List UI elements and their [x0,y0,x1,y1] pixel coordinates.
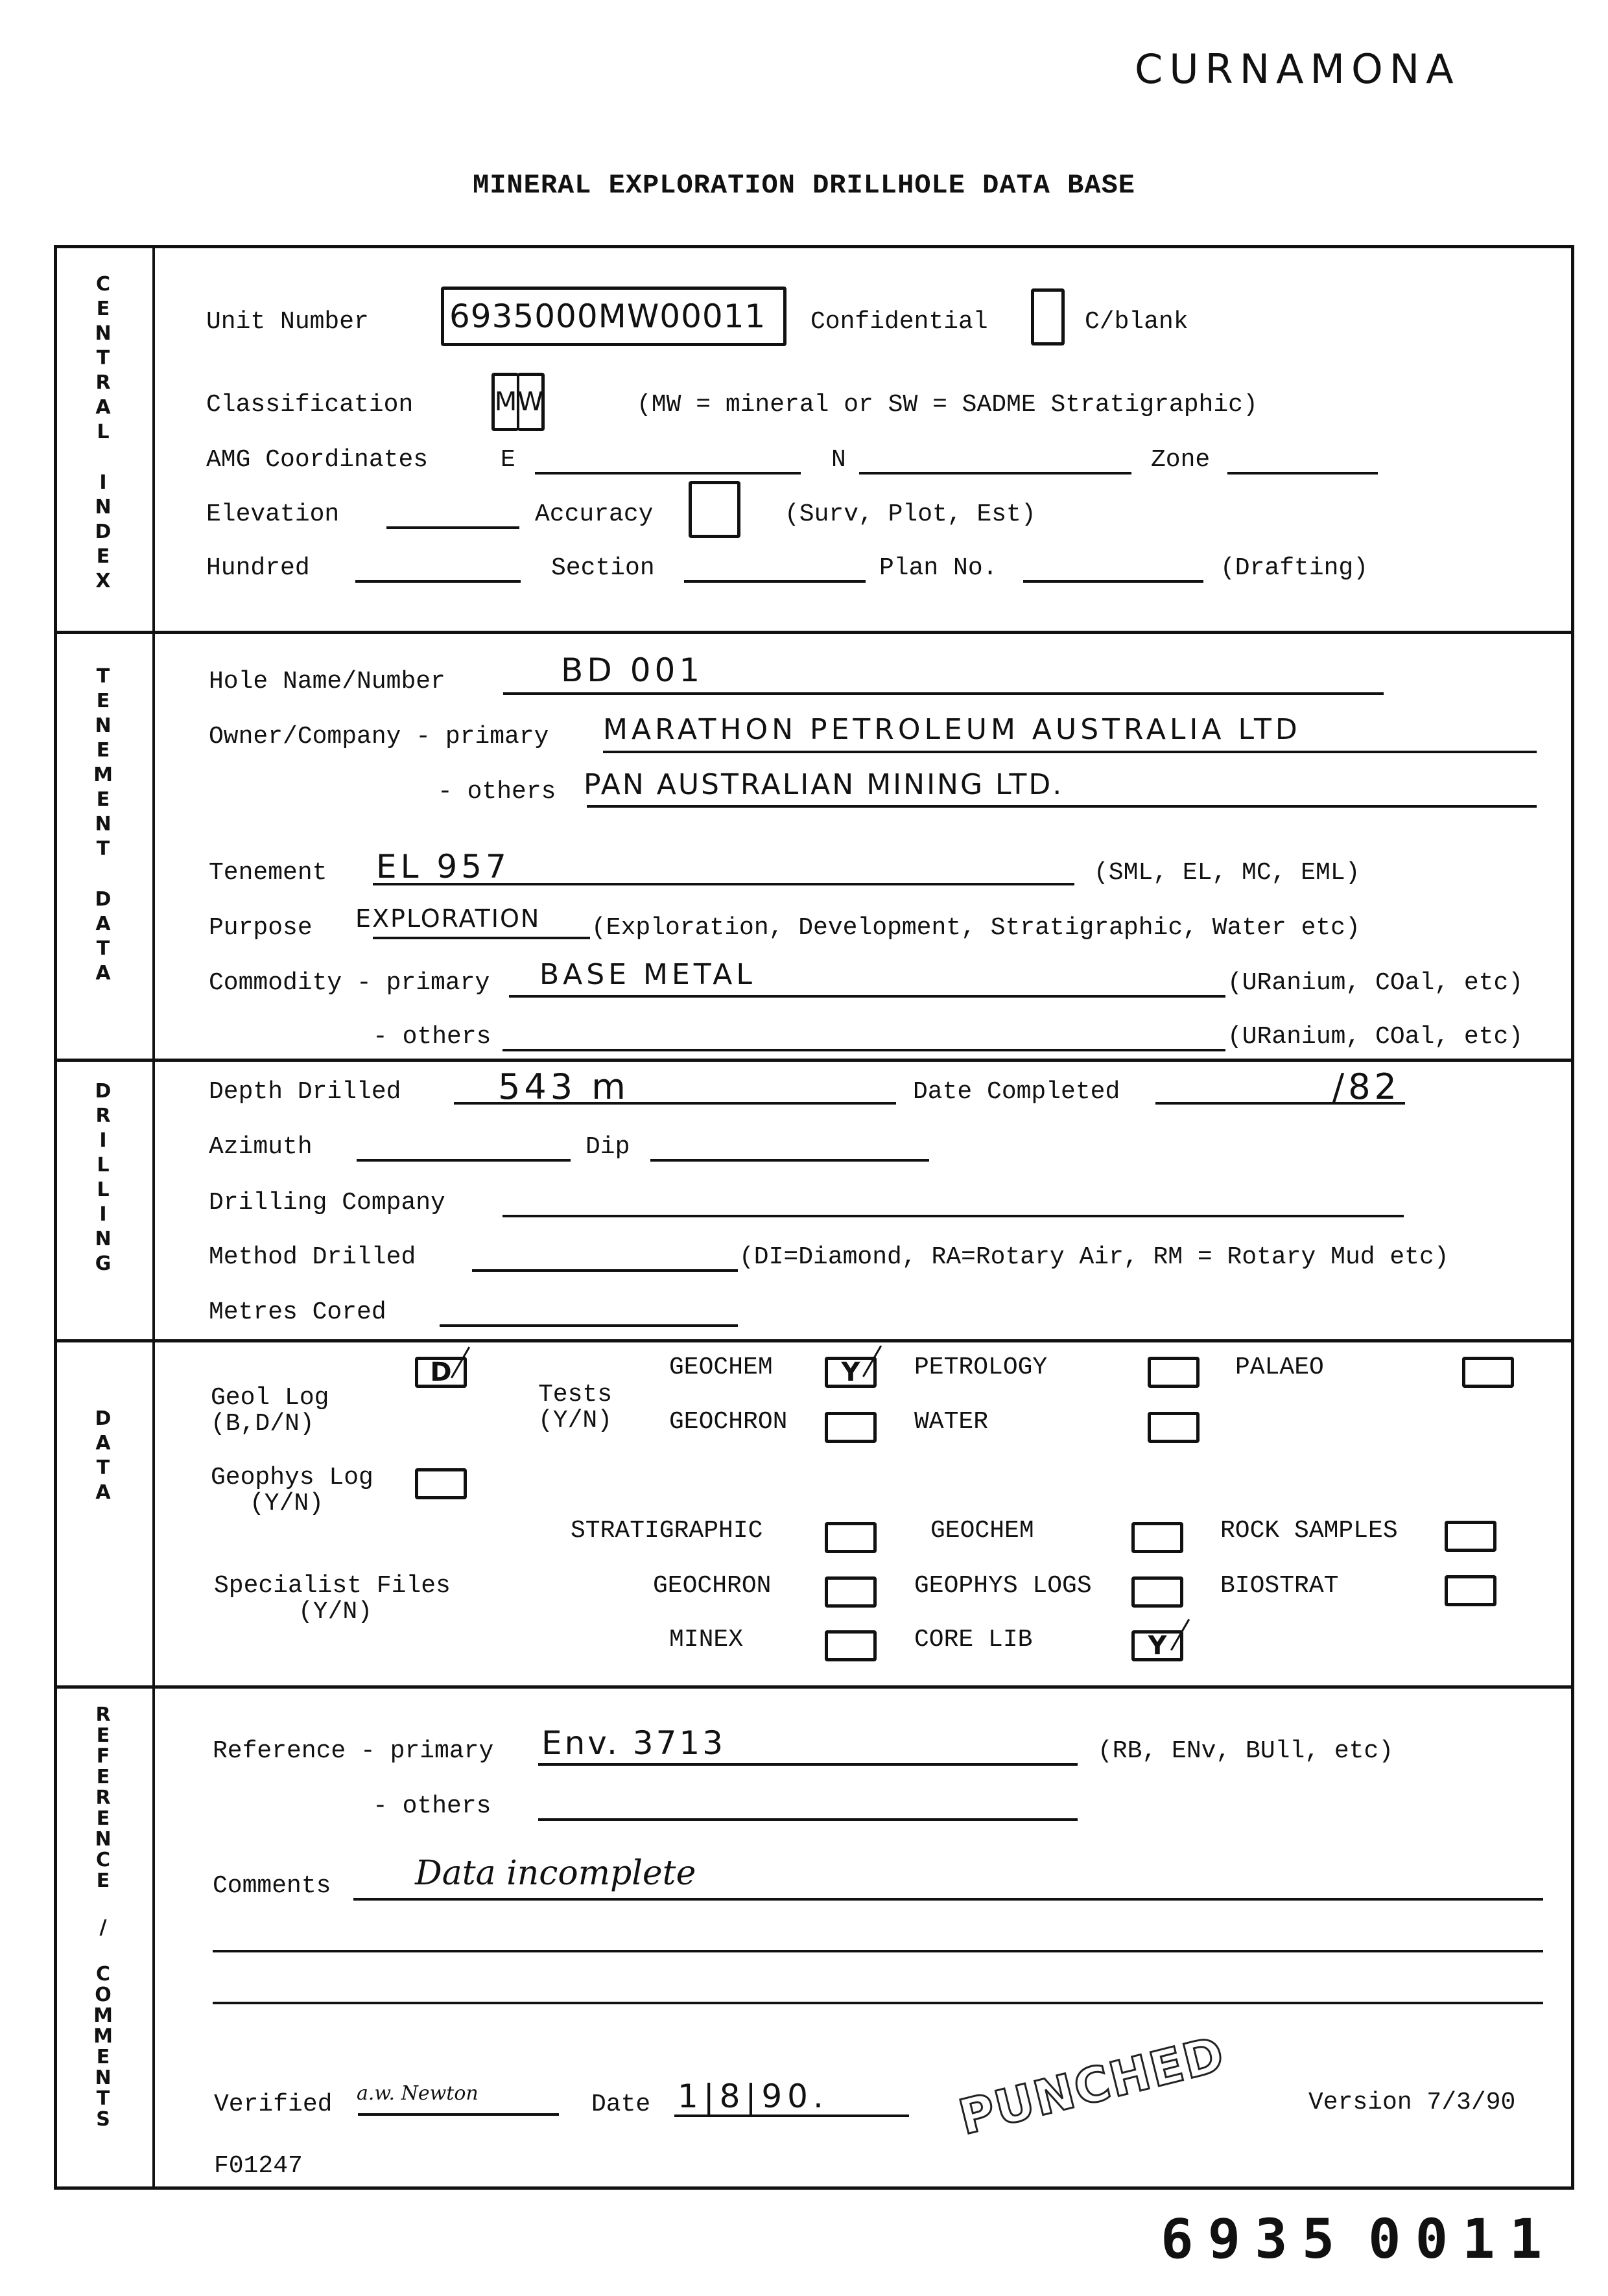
amg-coordinates-label: AMG Coordinates [206,446,428,474]
hole-name-label: Hole Name/Number [209,668,445,696]
verified-label: Verified [214,2091,332,2118]
specialist-label-geochron: GEOCHRON [653,1572,771,1600]
test-checkbox-petrology[interactable] [1148,1357,1200,1388]
geol-log-hint: (B,D/N) [211,1410,314,1438]
side-column-divider [152,245,155,2190]
zone-label: Zone [1151,446,1210,474]
comments-label: Comments [213,1872,331,1900]
file-number-right: 0011 [1368,2207,1556,2271]
plan-no-hint: (Drafting) [1220,554,1368,582]
specialist-label-geochem: GEOCHEM [930,1517,1034,1545]
comments-value: Data incomplete [415,1854,696,1893]
accuracy-hint: (Surv, Plot, Est) [785,500,1036,528]
specialist-checkbox-geochron[interactable] [825,1576,877,1608]
hole-name-value: BD 001 [561,651,703,689]
metres-cored-field[interactable] [440,1324,738,1327]
method-drilled-hint: (DI=Diamond, RA=Rotary Air, RM = Rotary … [739,1243,1449,1271]
side-label-drilling: DRILLING [54,1079,152,1276]
page-title: MINERAL EXPLORATION DRILLHOLE DATA BASE [0,170,1608,201]
tenement-hint: (SML, EL, MC, EML) [1094,859,1360,887]
specialist-label-minex: MINEX [669,1626,743,1654]
tests-label: Tests [538,1381,612,1409]
test-checkbox-palaeo[interactable] [1462,1357,1514,1388]
tenement-label: Tenement [209,859,327,887]
test-label-water: WATER [914,1408,988,1436]
hundred-field[interactable] [355,580,521,583]
method-drilled-label: Method Drilled [209,1243,416,1271]
specialist-checkbox-biostrat[interactable] [1445,1575,1496,1606]
azimuth-label: Azimuth [209,1133,313,1161]
zone-field[interactable] [1227,472,1378,474]
section-label: Section [551,554,655,582]
comments-field-line-1[interactable] [353,1898,1543,1901]
dip-label: Dip [585,1133,630,1161]
commodity-primary-value: BASE METAL [539,958,756,991]
plan-no-field[interactable] [1023,580,1203,583]
comments-field-line-3[interactable] [213,2002,1543,2004]
commodity-others-hint: (URanium, COal, etc) [1227,1023,1523,1051]
test-label-petrology: PETROLOGY [914,1353,1047,1381]
specialist-files-hint: (Y/N) [298,1598,372,1626]
comments-field-line-2[interactable] [213,1950,1543,1952]
geophys-log-field[interactable] [415,1468,467,1499]
test-checkbox-geochem[interactable]: Y [825,1357,877,1388]
test-checkbox-geochron[interactable] [825,1412,877,1443]
commodity-others-field[interactable] [503,1049,1225,1051]
hole-name-field[interactable] [503,692,1384,695]
specialist-checkbox-stratigraphic[interactable] [825,1522,877,1553]
amg-e-label: E [501,446,515,474]
azimuth-field[interactable] [357,1159,571,1162]
version-label: Version 7/3/90 [1308,2089,1515,2116]
section-divider [54,1339,1574,1342]
owner-others-label: - others [438,778,556,806]
specialist-checkbox-minex[interactable] [825,1630,877,1661]
file-number-left: 6935 [1161,2207,1349,2271]
verified-field[interactable] [358,2113,559,2116]
hundred-label: Hundred [206,554,310,582]
confidential-checkbox[interactable] [1031,288,1065,346]
specialist-label-rock-samples: ROCK SAMPLES [1220,1517,1398,1545]
depth-drilled-field[interactable] [454,1102,896,1105]
method-drilled-field[interactable] [472,1269,738,1272]
date-value: 1|8|90. [678,2078,829,2115]
commodity-others-label: - others [373,1023,491,1051]
owner-primary-field[interactable] [603,751,1537,753]
specialist-checkbox-geochem[interactable] [1131,1522,1183,1553]
classification-label: Classification [206,391,413,419]
side-label-central-index: CENTRAL INDEX [54,272,152,594]
specialist-label-biostrat: BIOSTRAT [1220,1572,1338,1600]
reference-hint: (RB, ENv, BUll, etc) [1098,1737,1393,1765]
specialist-label-geophys-logs: GEOPHYS LOGS [914,1572,1092,1600]
purpose-field[interactable] [373,937,590,939]
reference-others-field[interactable] [538,1818,1078,1821]
classification-char-2[interactable]: W [517,373,545,431]
date-field[interactable] [674,2114,909,2117]
amg-n-label: N [831,446,846,474]
tenement-value: EL 957 [376,848,510,885]
confidential-label: Confidential [810,308,988,336]
owner-primary-label: Owner/Company - primary [209,723,549,751]
specialist-checkbox-geophys-logs[interactable] [1131,1576,1183,1608]
section-divider [54,1685,1574,1689]
geophys-log-label: Geophys Log [211,1464,373,1492]
location-annotation: CURNAMONA [1135,45,1460,93]
side-label-reference-comments: REFERENCE / COMMENTS [54,1705,152,2130]
section-divider [54,631,1574,634]
dip-field[interactable] [650,1159,929,1162]
date-label: Date [591,2091,650,2118]
elevation-label: Elevation [206,500,339,528]
owner-others-field[interactable] [587,805,1537,808]
owner-others-value: PAN AUSTRALIAN MINING LTD. [584,768,1063,801]
unit-number-field[interactable]: 6935000MW00011 [441,287,786,346]
drilling-company-field[interactable] [503,1215,1404,1217]
amg-n-field[interactable] [859,472,1131,474]
section-field[interactable] [684,580,866,583]
test-label-palaeo: PALAEO [1235,1353,1324,1381]
amg-e-field[interactable] [535,472,801,474]
confidential-hint: C/blank [1085,308,1188,336]
accuracy-label: Accuracy [535,500,653,528]
geol-log-label: Geol Log [211,1384,329,1412]
reference-primary-field[interactable] [538,1763,1078,1766]
commodity-primary-field[interactable] [509,995,1225,998]
classification-char-1[interactable]: M [491,373,519,431]
tests-hint: (Y/N) [538,1407,612,1435]
geophys-log-hint: (Y/N) [250,1490,324,1517]
reference-others-label: - others [373,1792,491,1820]
accuracy-field[interactable] [689,481,740,538]
commodity-primary-label: Commodity - primary [209,969,490,997]
commodity-primary-hint: (URanium, COal, etc) [1227,969,1523,997]
metres-cored-label: Metres Cored [209,1298,386,1326]
test-label-geochem: GEOCHEM [669,1353,773,1381]
section-divider [54,1059,1574,1062]
reference-primary-label: Reference - primary [213,1737,493,1765]
test-checkbox-water[interactable] [1148,1412,1200,1443]
test-label-geochron: GEOCHRON [669,1408,787,1436]
unit-number-label: Unit Number [206,308,369,336]
plan-no-label: Plan No. [879,554,997,582]
owner-primary-value: MARATHON PETROLEUM AUSTRALIA LTD [603,713,1301,746]
verified-signature: a.w. Newton [357,2082,479,2105]
classification-hint: (MW = mineral or SW = SADME Stratigraphi… [637,391,1258,419]
elevation-field[interactable] [386,526,519,529]
date-completed-label: Date Completed [913,1078,1120,1106]
purpose-hint: (Exploration, Development, Stratigraphic… [591,914,1360,942]
purpose-value: EXPLORATION [355,904,540,933]
specialist-checkbox-rock-samples[interactable] [1445,1521,1496,1552]
specialist-label-core-lib: CORE LIB [914,1626,1032,1654]
side-label-tenement-data: TENEMENT DATA [54,664,152,986]
form-code: F01247 [214,2152,303,2180]
date-completed-value: /82 [1332,1066,1401,1107]
specialist-files-label: Specialist Files [214,1572,451,1600]
depth-drilled-label: Depth Drilled [209,1078,401,1106]
tenement-field[interactable] [373,883,1074,885]
date-completed-field[interactable] [1155,1102,1405,1105]
specialist-checkbox-core-lib[interactable]: Y [1131,1630,1183,1661]
specialist-label-stratigraphic: STRATIGRAPHIC [571,1517,763,1545]
drilling-company-label: Drilling Company [209,1189,445,1217]
side-label-data: DATA [54,1407,152,1505]
purpose-label: Purpose [209,914,313,942]
depth-drilled-value: 543 m [498,1066,630,1107]
reference-primary-value: Env. 3713 [541,1724,726,1762]
